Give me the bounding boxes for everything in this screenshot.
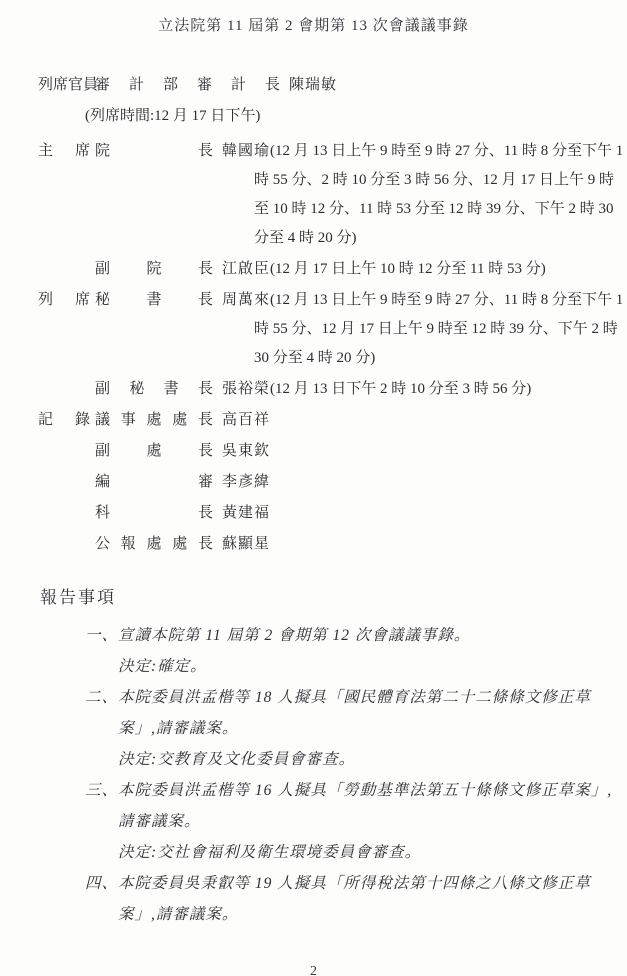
role-category: 記錄 bbox=[38, 406, 90, 435]
item-text: 三、本院委員洪孟楷等 16 人擬具「勞動基準法第五十條條文修正草案」,請審議案。 bbox=[85, 775, 626, 837]
person-name: 韓國瑜 bbox=[222, 143, 270, 159]
role-title: 公報處處長 bbox=[95, 530, 213, 559]
roster-row-deputy-director: 副處長 吳東欽 bbox=[38, 437, 627, 466]
document-page: 立法院第 11 屆第 2 會期第 13 次會議議事錄 列席官員 審計部審計長 陳… bbox=[0, 0, 627, 976]
item-decision: 決定:交社會福利及衛生環境委員會審查。 bbox=[118, 837, 627, 868]
role-title: 院長 bbox=[95, 137, 213, 166]
role-title: 副院長 bbox=[95, 255, 213, 284]
person-name: 黃建福 bbox=[222, 505, 270, 521]
role-title: 編審 bbox=[95, 468, 213, 497]
role-title: 副處長 bbox=[95, 437, 213, 466]
roster-row-chairman: 主席 院長 韓國瑜(12 月 13 日上午 9 時至 9 時 27 分、11 時… bbox=[38, 137, 627, 253]
report-item-1: 一、宣讀本院第 11 屆第 2 會期第 12 次會議議事錄。 決定:確定。 bbox=[0, 620, 627, 682]
attendance-note: (12 月 13 日上午 9 時至 9 時 27 分、11 時 8 分至下午 1… bbox=[254, 292, 623, 366]
role-title: 科長 bbox=[95, 499, 213, 528]
person-name: 江啟臣 bbox=[222, 261, 270, 277]
report-items: 一、宣讀本院第 11 屆第 2 會期第 12 次會議議事錄。 決定:確定。 二、… bbox=[0, 620, 627, 930]
report-section: 報告事項 一、宣讀本院第 11 屆第 2 會期第 12 次會議議事錄。 決定:確… bbox=[0, 583, 627, 930]
attendance-note: (12 月 13 日上午 9 時至 9 時 27 分、11 時 8 分至下午 1… bbox=[254, 143, 623, 246]
roster-row-attending-official: 列席官員 審計部審計長 陳瑞敏 bbox=[38, 71, 627, 100]
item-text: 一、宣讀本院第 11 屆第 2 會期第 12 次會議議事錄。 bbox=[85, 620, 626, 651]
roster-row-secretary-general: 列席 秘書長 周萬來(12 月 13 日上午 9 時至 9 時 27 分、11 … bbox=[38, 286, 627, 373]
role-category: 主席 bbox=[38, 137, 90, 166]
roster-row-gazette-director: 公報處處長 蘇顯星 bbox=[38, 530, 627, 559]
attendance-note: (12 月 17 日上午 10 時 12 分至 11 時 53 分) bbox=[270, 261, 546, 277]
roster-row-senior-editor: 編審 李彥緯 bbox=[38, 468, 627, 497]
roster-row-deputy-secretary-general: 副秘書長 張裕榮(12 月 13 日下午 2 時 10 分至 3 時 56 分) bbox=[38, 375, 627, 404]
attendee-roster: 列席官員 審計部審計長 陳瑞敏 (列席時間:12 月 17 日下午) 主席 院長… bbox=[0, 71, 627, 559]
item-decision: 決定:確定。 bbox=[118, 651, 627, 682]
role-title: 副秘書長 bbox=[95, 375, 213, 404]
report-item-2: 二、本院委員洪孟楷等 18 人擬具「國民體育法第二十二條條文修正草案」,請審議案… bbox=[0, 682, 627, 775]
role-title: 議事處處長 bbox=[95, 406, 213, 435]
role-title: 審計部審計長 bbox=[95, 71, 280, 100]
attendance-time-note: (列席時間:12 月 17 日下午) bbox=[85, 102, 627, 131]
person-name: 陳瑞敏 bbox=[289, 77, 337, 93]
attendance-note: (12 月 13 日下午 2 時 10 分至 3 時 56 分) bbox=[270, 381, 531, 397]
person-name: 蘇顯星 bbox=[222, 536, 270, 552]
role-category: 列席 bbox=[38, 286, 90, 315]
item-text: 二、本院委員洪孟楷等 18 人擬具「國民體育法第二十二條條文修正草案」,請審議案… bbox=[85, 682, 626, 744]
report-item-4: 四、本院委員吳秉叡等 19 人擬具「所得稅法第十四條之八條文修正草案」,請審議案… bbox=[0, 868, 627, 930]
roster-row-section-chief: 科長 黃建福 bbox=[38, 499, 627, 528]
person-name: 吳東欽 bbox=[222, 443, 270, 459]
person-name: 張裕榮 bbox=[222, 381, 270, 397]
role-category: 列席官員 bbox=[38, 71, 90, 100]
report-heading: 報告事項 bbox=[40, 583, 627, 608]
page-number: 2 bbox=[0, 964, 627, 976]
person-name: 周萬來 bbox=[222, 292, 270, 308]
roster-row-vice-president: 副院長 江啟臣(12 月 17 日上午 10 時 12 分至 11 時 53 分… bbox=[38, 255, 627, 284]
roster-row-proceedings-director: 記錄 議事處處長 高百祥 bbox=[38, 406, 627, 435]
person-name: 高百祥 bbox=[222, 412, 270, 428]
report-item-3: 三、本院委員洪孟楷等 16 人擬具「勞動基準法第五十條條文修正草案」,請審議案。… bbox=[0, 775, 627, 868]
item-text: 四、本院委員吳秉叡等 19 人擬具「所得稅法第十四條之八條文修正草案」,請審議案… bbox=[85, 868, 626, 930]
page-title: 立法院第 11 屆第 2 會期第 13 次會議議事錄 bbox=[0, 14, 627, 35]
item-decision: 決定:交教育及文化委員會審查。 bbox=[118, 744, 627, 775]
role-title: 秘書長 bbox=[95, 286, 213, 315]
person-name: 李彥緯 bbox=[222, 474, 270, 490]
